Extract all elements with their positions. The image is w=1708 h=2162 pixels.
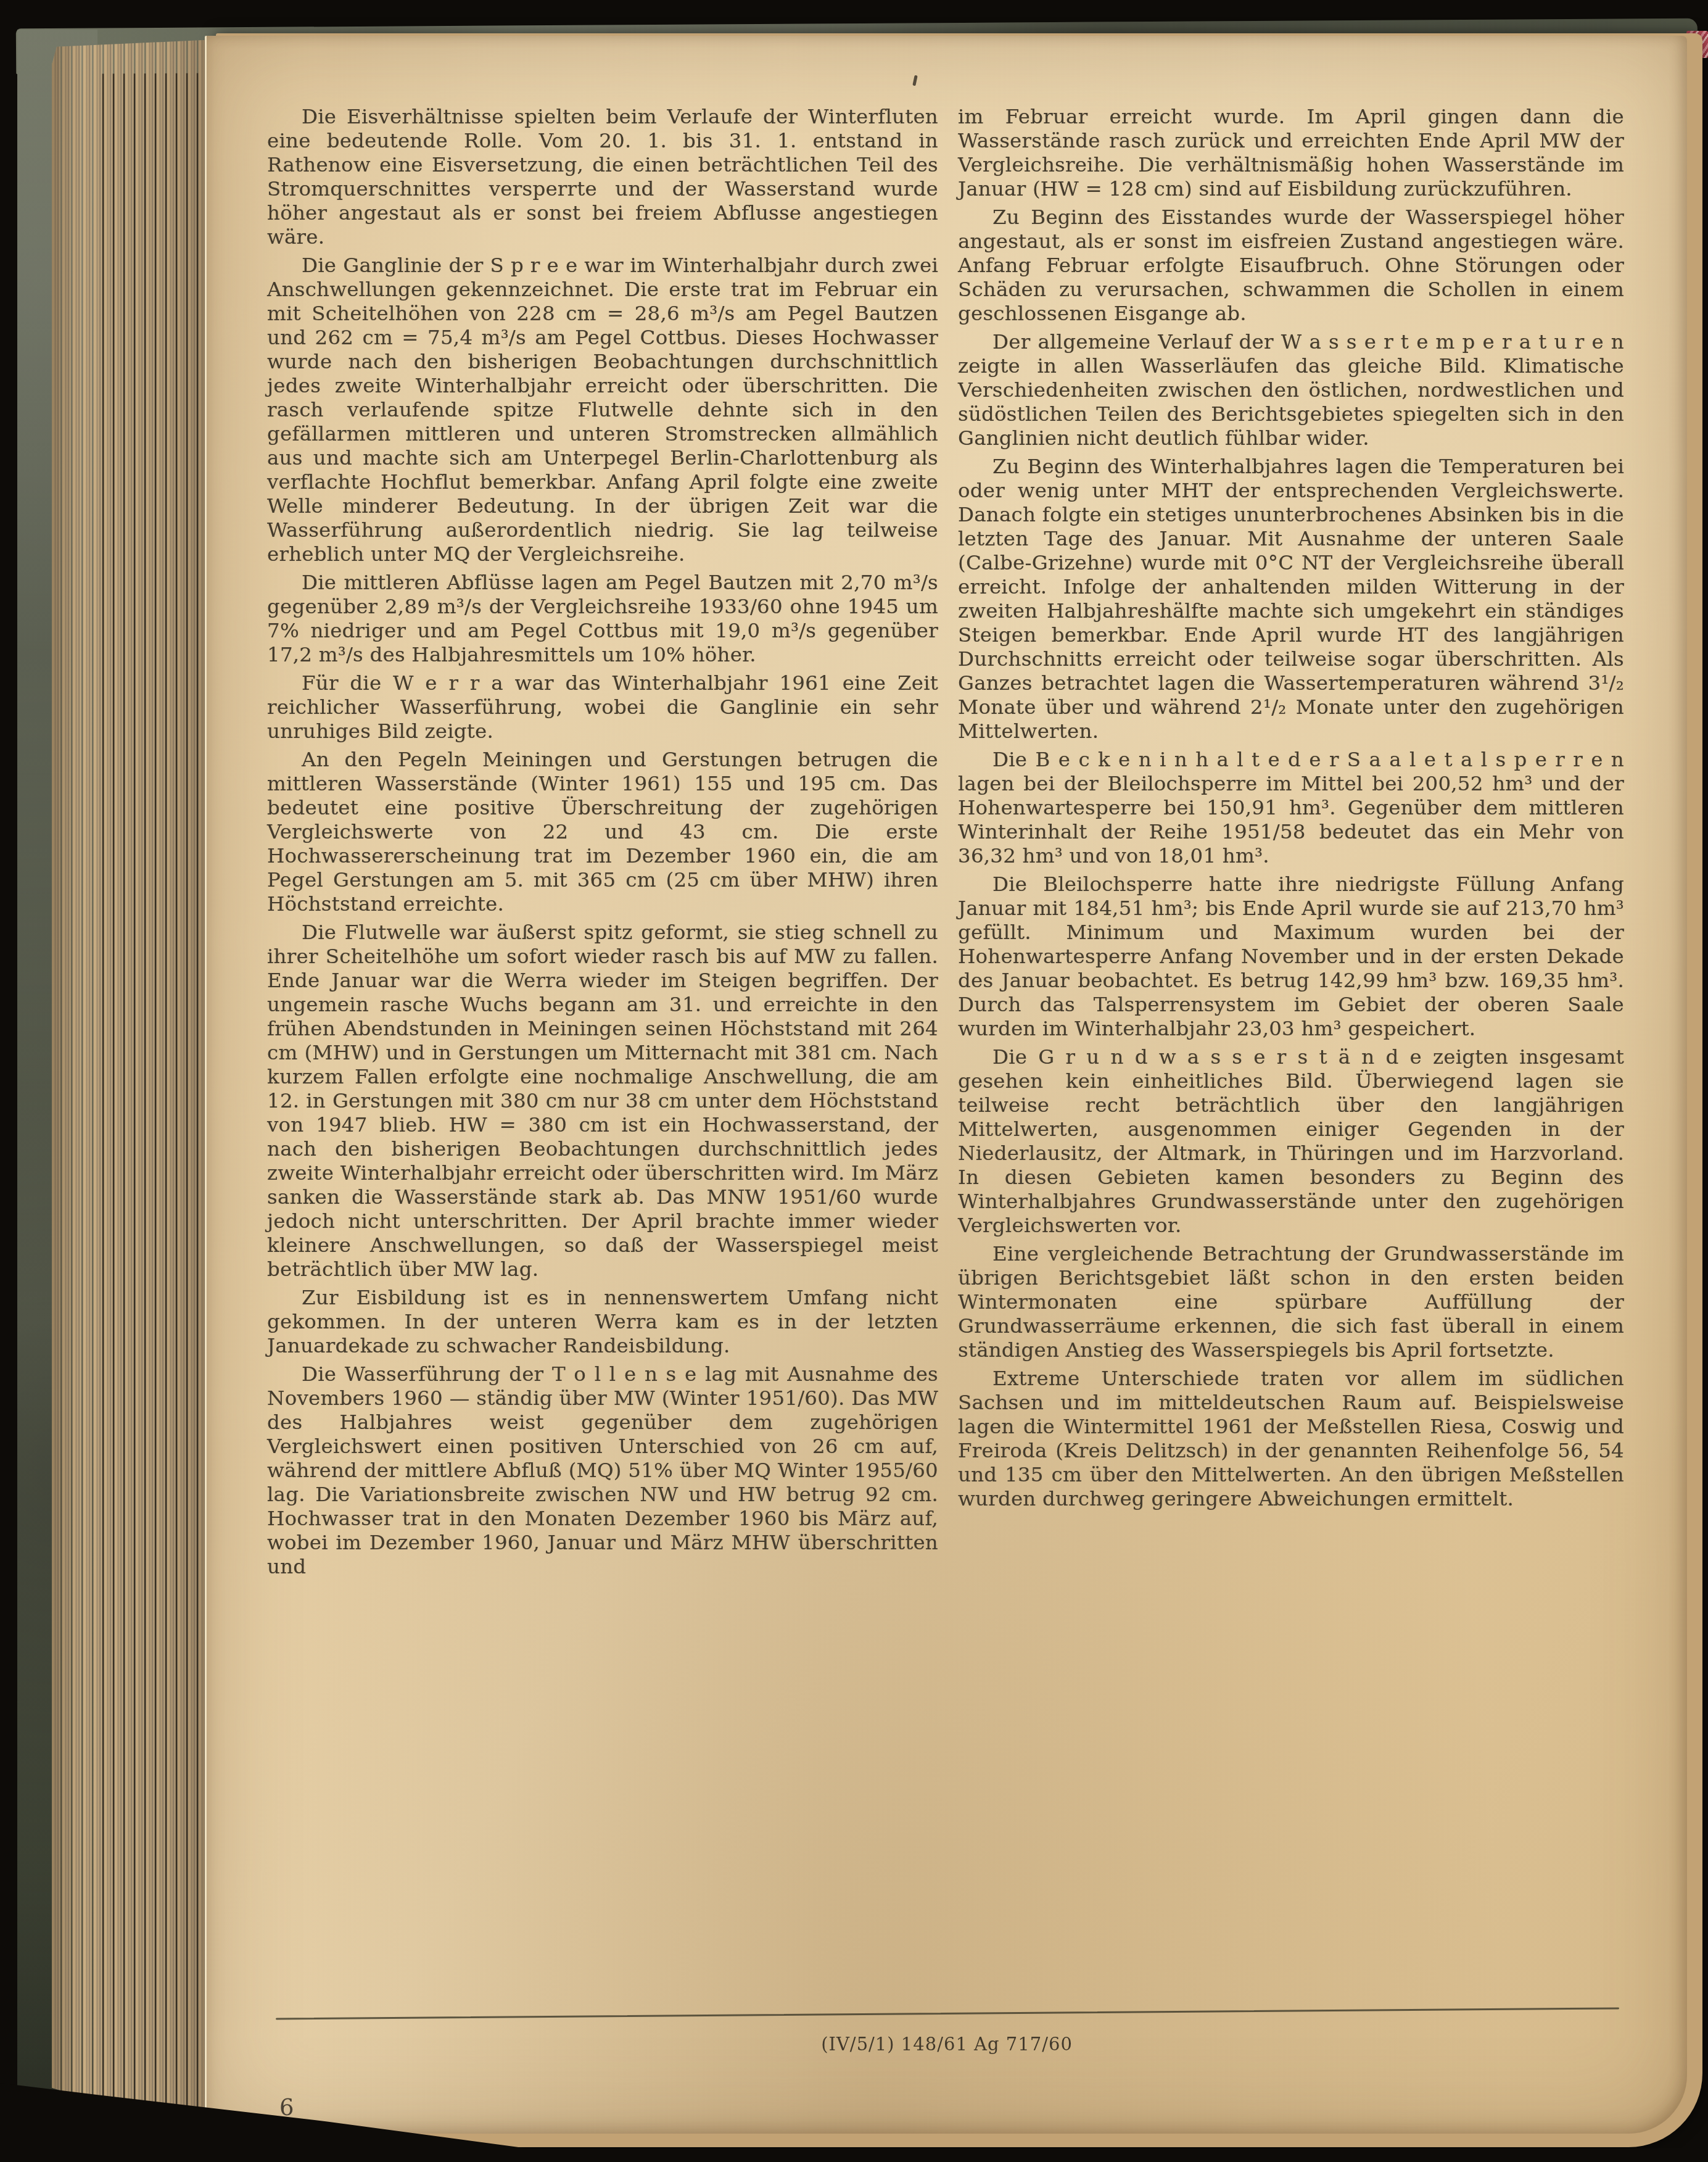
scan-background-bottom — [0, 2148, 1708, 2162]
book-scan-photo: Die Eisverhältnisse spielten beim Verlau… — [0, 0, 1708, 2162]
book-page: Die Eisverhältnisse spielten beim Verlau… — [205, 36, 1687, 2134]
paragraph-extreme-unterschiede: Extreme Unterschiede traten vor allem im… — [958, 1367, 1624, 1511]
paragraph-eisverhaeltnisse: Die Eisverhältnisse spielten beim Verlau… — [267, 105, 938, 249]
text-column-right: im Februar erreicht wurde. Im April ging… — [958, 105, 1624, 1515]
paragraph-wassertemperaturen: Der allgemeine Verlauf der W a s s e r t… — [958, 330, 1624, 450]
paragraph-flutwelle: Die Flutwelle war äußerst spitz geformt,… — [267, 921, 938, 1282]
paragraph-grundwasser-vergleich: Eine vergleichende Betrachtung der Grund… — [958, 1242, 1624, 1362]
text-column-left: Die Eisverhältnisse spielten beim Verlau… — [267, 105, 938, 1583]
paragraph-grundwasserstaende: Die G r u n d w a s s e r s t ä n d e ze… — [958, 1045, 1624, 1238]
paragraph-eisstand: Zu Beginn des Eisstandes wurde der Wasse… — [958, 205, 1624, 326]
page-stack-fore-edge — [52, 39, 217, 2127]
paragraph-temperaturverlauf: Zu Beginn des Winterhalbjahres lagen die… — [958, 455, 1624, 743]
paragraph-tollense-continuation: im Februar erreicht wurde. Im April ging… — [958, 105, 1624, 201]
paragraph-werra: Für die W e r r a war das Winterhalbjahr… — [267, 671, 938, 743]
footer-rule — [276, 2007, 1619, 2019]
paper-speck — [912, 75, 917, 86]
paragraph-bleilochsperre: Die Bleilochsperre hatte ihre niedrigste… — [958, 872, 1624, 1041]
paragraph-eisbildung: Zur Eisbildung ist es in nennenswertem U… — [267, 1286, 938, 1358]
paragraph-pegel-meiningen: An den Pegeln Meiningen und Gerstungen b… — [267, 748, 938, 916]
paragraph-tollense: Die Wasserführung der T o l l e n s e la… — [267, 1362, 938, 1579]
print-code: (IV/5/1) 148/61 Ag 717/60 — [207, 2034, 1687, 2055]
paragraph-mittlere-abfluesse: Die mittleren Abflüsse lagen am Pegel Ba… — [267, 571, 938, 667]
paragraph-spree: Die Ganglinie der S p r e e war im Winte… — [267, 254, 938, 566]
paragraph-beckeninhalte: Die B e c k e n i n h a l t e d e r S a … — [958, 748, 1624, 868]
